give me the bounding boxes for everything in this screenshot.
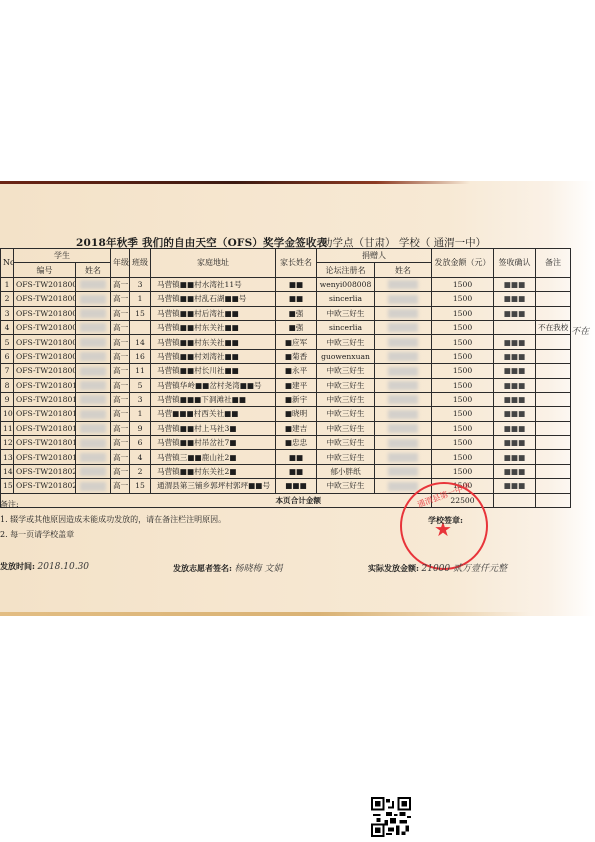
row-address: 马营镇■■■下洞滩社■■ (151, 392, 276, 406)
row-amount: 1500 (432, 349, 494, 363)
table-row: 1OFS-TW2018001高一3马营镇■■村水湾社11号■■wenyi0080… (1, 277, 571, 291)
row-address: 马营镇■■村水湾社11号 (151, 277, 276, 291)
row-donor-name-redacted (375, 364, 432, 378)
row-amount: 1500 (432, 320, 494, 334)
header-remarks: 备注 (536, 249, 571, 278)
row-signature: ■■■ (494, 450, 536, 464)
row-donor-forum: 郁小胖纸 (317, 464, 375, 478)
row-address: 马营镇■■村东关社2■ (151, 464, 276, 478)
row-parent: ■菊香 (276, 349, 317, 363)
row-signature: ■■■ (494, 364, 536, 378)
issue-date-value: 2018.10.30 (38, 562, 90, 572)
row-remark (536, 378, 571, 392)
photo-bottom-edge (0, 612, 530, 616)
table-row: 12OFS-TW2018018高一6马营镇■■村吊岔社7■■忠忠中欧三好生150… (1, 436, 571, 450)
row-class: 11 (130, 364, 151, 378)
row-remark (536, 421, 571, 435)
row-no: 13 (1, 450, 14, 464)
row-grade: 高一 (111, 392, 130, 406)
row-address: 马营镇■■村刘湾社■■ (151, 349, 276, 363)
actual-amount: 实际发放金额: 21000 贰万壹仟元整 (368, 561, 507, 574)
row-class: 3 (130, 277, 151, 291)
row-parent: ■■ (276, 292, 317, 306)
row-donor-name-redacted (375, 335, 432, 349)
row-class: 2 (130, 464, 151, 478)
row-parent: ■■ (276, 450, 317, 464)
row-parent: ■■■ (276, 479, 317, 493)
row-student-name-redacted (76, 436, 111, 450)
row-donor-name-redacted (375, 464, 432, 478)
row-donor-name-redacted (375, 407, 432, 421)
row-student-id: OFS-TW2018005 (14, 320, 76, 334)
row-signature: ■■■ (494, 436, 536, 450)
row-student-name-redacted (76, 378, 111, 392)
row-no: 8 (1, 378, 14, 392)
row-donor-forum: sincerlia (317, 292, 375, 306)
row-address: 马营镇■■村东关社■■ (151, 335, 276, 349)
row-no: 9 (1, 392, 14, 406)
header-parent: 家长姓名 (276, 249, 317, 278)
row-remark (536, 392, 571, 406)
school-sign-label: 学校签章: (428, 515, 463, 526)
row-signature: ■■■ (494, 378, 536, 392)
row-donor-name-redacted (375, 450, 432, 464)
row-no: 14 (1, 464, 14, 478)
issue-date: 发放时间: 2018.10.30 (0, 561, 89, 572)
row-donor-forum: 中欧三好生 (317, 421, 375, 435)
table-row: 14OFS-TW2018020高一2马营镇■■村东关社2■■■郁小胖纸1500■… (1, 464, 571, 478)
header-signature: 签收确认 (494, 249, 536, 278)
row-student-name-redacted (76, 464, 111, 478)
row-donor-forum: 中欧三好生 (317, 306, 375, 320)
row-grade: 高一 (111, 335, 130, 349)
row-address: 马营镇三■■鹿山社2■ (151, 450, 276, 464)
row-remark (536, 450, 571, 464)
row-address: 马营镇■■村吊岔社7■ (151, 436, 276, 450)
header-student-id: 编号 (14, 263, 76, 277)
row-no: 11 (1, 421, 14, 435)
issue-date-label: 发放时间: (0, 561, 35, 571)
table-row: 4OFS-TW2018005高一马营镇■■村东关社■■■强sincerlia15… (1, 320, 571, 334)
row-student-id: OFS-TW2018012 (14, 407, 76, 421)
row-donor-forum: 中欧三好生 (317, 392, 375, 406)
row-amount: 1500 (432, 450, 494, 464)
row-amount: 1500 (432, 464, 494, 478)
table-row: 2OFS-TW2018002高一1马营镇■■村乱石湖■■号■■sincerlia… (1, 292, 571, 306)
header-donor-name: 姓名 (375, 263, 432, 277)
row-remark: 不在我校 (536, 320, 571, 334)
row-grade: 高一 (111, 464, 130, 478)
row-no: 1 (1, 277, 14, 291)
row-donor-forum: sincerlia (317, 320, 375, 334)
row-remark (536, 464, 571, 478)
margin-note: 不在 (571, 324, 589, 337)
row-remark (536, 335, 571, 349)
row-amount: 1500 (432, 364, 494, 378)
row-student-name-redacted (76, 364, 111, 378)
row-amount: 1500 (432, 335, 494, 349)
row-parent: ■强 (276, 320, 317, 334)
row-class: 6 (130, 436, 151, 450)
table-row: 9OFS-TW2018011高一3马营镇■■■下洞滩社■■■新宇中欧三好生150… (1, 392, 571, 406)
row-student-name-redacted (76, 479, 111, 493)
row-student-name-redacted (76, 421, 111, 435)
row-parent: ■晓明 (276, 407, 317, 421)
row-remark (536, 349, 571, 363)
row-student-id: OFS-TW2018002 (14, 292, 76, 306)
header-donor-forum: 论坛注册名 (317, 263, 375, 277)
row-donor-forum: 中欧三好生 (317, 450, 375, 464)
row-signature: ■■■ (494, 306, 536, 320)
row-grade: 高一 (111, 277, 130, 291)
row-remark (536, 364, 571, 378)
table-row: 7OFS-TW2018008高一11马营镇■■村长川社■■■永平中欧三好生150… (1, 364, 571, 378)
row-address: 马营镇■■村上马社3■ (151, 421, 276, 435)
row-student-id: OFS-TW2018011 (14, 392, 76, 406)
row-student-id: OFS-TW2018015 (14, 421, 76, 435)
row-amount: 1500 (432, 421, 494, 435)
row-donor-name-redacted (375, 320, 432, 334)
row-parent: ■永平 (276, 364, 317, 378)
row-remark (536, 407, 571, 421)
row-address: 马营镇■■村长川社■■ (151, 364, 276, 378)
table-row: 13OFS-TW2018019高一4马营镇三■■鹿山社2■■■中欧三好生1500… (1, 450, 571, 464)
row-parent: ■建吉 (276, 421, 317, 435)
row-address: 马营镇华岭■■岔村尧湾■■号 (151, 378, 276, 392)
header-amount: 发放金额（元） (432, 249, 494, 278)
row-grade: 高一 (111, 292, 130, 306)
row-amount: 1500 (432, 378, 494, 392)
row-parent: ■忠忠 (276, 436, 317, 450)
row-signature: ■■■ (494, 277, 536, 291)
row-student-name-redacted (76, 335, 111, 349)
header-student: 学生 (14, 249, 111, 263)
header-student-name: 姓名 (76, 263, 111, 277)
row-parent: ■强 (276, 306, 317, 320)
row-address: 通渭县第三铺乡郭坪村郭坪■■号 (151, 479, 276, 493)
row-remark (536, 436, 571, 450)
row-class: 1 (130, 407, 151, 421)
row-grade: 高一 (111, 421, 130, 435)
row-grade: 高一 (111, 349, 130, 363)
row-class: 5 (130, 378, 151, 392)
actual-amount-value: 21000 贰万壹仟元整 (422, 564, 508, 574)
row-amount: 1500 (432, 306, 494, 320)
row-student-id: OFS-TW2018006 (14, 335, 76, 349)
row-donor-forum: 中欧三好生 (317, 479, 375, 493)
row-student-name-redacted (76, 292, 111, 306)
scholarship-table: No. 学生 年级 班级 家庭地址 家长姓名 捐赠人 发放金额（元） 签收确认 … (0, 248, 571, 508)
table-row: 5OFS-TW2018006高一14马营镇■■村东关社■■■应军中欧三好生150… (1, 335, 571, 349)
row-student-name-redacted (76, 407, 111, 421)
row-no: 6 (1, 349, 14, 363)
row-donor-forum: 中欧三好生 (317, 364, 375, 378)
table-row: 6OFS-TW2018007高一16马营镇■■村刘湾社■■■菊香guowenxu… (1, 349, 571, 363)
row-student-name-redacted (76, 306, 111, 320)
row-grade: 高一 (111, 364, 130, 378)
row-no: 7 (1, 364, 14, 378)
table-row: 8OFS-TW2018010高一5马营镇华岭■■岔村尧湾■■号■建平中欧三好生1… (1, 378, 571, 392)
row-student-id: OFS-TW2018018 (14, 436, 76, 450)
row-donor-name-redacted (375, 277, 432, 291)
row-parent: ■■ (276, 277, 317, 291)
row-remark (536, 277, 571, 291)
row-donor-name-redacted (375, 436, 432, 450)
row-no: 15 (1, 479, 14, 493)
row-address: 马营镇■■村东关社■■ (151, 320, 276, 334)
table-row: 3OFS-TW2018003高一15马营镇■■村后湾社■■■强中欧三好生1500… (1, 306, 571, 320)
row-grade: 高一 (111, 306, 130, 320)
row-amount: 1500 (432, 392, 494, 406)
remarks-item-2: 2. 每一页请学校盖章 (0, 527, 226, 542)
row-donor-name-redacted (375, 421, 432, 435)
header-donor: 捐赠人 (317, 249, 432, 263)
row-grade: 高一 (111, 320, 130, 334)
row-remark (536, 292, 571, 306)
row-donor-forum: 中欧三好生 (317, 407, 375, 421)
row-signature: ■■■ (494, 292, 536, 306)
row-grade: 高一 (111, 436, 130, 450)
row-no: 3 (1, 306, 14, 320)
row-grade: 高一 (111, 407, 130, 421)
row-amount: 1500 (432, 436, 494, 450)
row-student-name-redacted (76, 392, 111, 406)
row-grade: 高一 (111, 479, 130, 493)
qr-code-icon (371, 797, 411, 837)
row-donor-name-redacted (375, 292, 432, 306)
row-student-id: OFS-TW2018001 (14, 277, 76, 291)
row-amount: 1500 (432, 407, 494, 421)
row-parent: ■建平 (276, 378, 317, 392)
row-donor-forum: 中欧三好生 (317, 436, 375, 450)
row-donor-forum: 中欧三好生 (317, 335, 375, 349)
row-class: 9 (130, 421, 151, 435)
remarks-section: 备注: 1. 辍学或其他原因造成未能成功发放的，请在备注栏注明原因。 2. 每一… (0, 497, 226, 542)
row-address: 马营镇■■村乱石湖■■号 (151, 292, 276, 306)
volunteer-sig-value: 杨晓梅 文娟 (235, 564, 283, 574)
row-student-id: OFS-TW2018007 (14, 349, 76, 363)
actual-amount-label: 实际发放金额: (368, 563, 419, 573)
row-class: 3 (130, 392, 151, 406)
row-donor-forum: guowenxuan (317, 349, 375, 363)
header-no: No. (1, 249, 14, 278)
row-student-name-redacted (76, 277, 111, 291)
table-row: 11OFS-TW2018015高一9马营镇■■村上马社3■■建吉中欧三好生150… (1, 421, 571, 435)
header-class: 班级 (130, 249, 151, 278)
volunteer-label: 发放志愿者签名: (173, 563, 232, 573)
row-grade: 高一 (111, 378, 130, 392)
row-signature: ■■■ (494, 407, 536, 421)
row-no: 4 (1, 320, 14, 334)
row-parent: ■新宇 (276, 392, 317, 406)
row-class: 1 (130, 292, 151, 306)
row-grade: 高一 (111, 450, 130, 464)
row-parent: ■■ (276, 464, 317, 478)
table-row: 10OFS-TW2018012高一1马营■■■村西关社■■■晓明中欧三好生150… (1, 407, 571, 421)
row-class (130, 320, 151, 334)
row-class: 14 (130, 335, 151, 349)
row-donor-forum: wenyi008008 (317, 277, 375, 291)
row-amount: 1500 (432, 277, 494, 291)
row-donor-name-redacted (375, 392, 432, 406)
row-no: 12 (1, 436, 14, 450)
row-donor-name-redacted (375, 378, 432, 392)
header-address: 家庭地址 (151, 249, 276, 278)
row-donor-name-redacted (375, 349, 432, 363)
row-signature: ■■■ (494, 349, 536, 363)
row-address: 马营镇■■村后湾社■■ (151, 306, 276, 320)
row-student-name-redacted (76, 450, 111, 464)
row-class: 15 (130, 479, 151, 493)
row-donor-forum: 中欧三好生 (317, 378, 375, 392)
row-student-id: OFS-TW2018010 (14, 378, 76, 392)
row-no: 10 (1, 407, 14, 421)
header-grade: 年级 (111, 249, 130, 278)
remarks-heading: 备注: (0, 497, 226, 512)
volunteer-signature: 发放志愿者签名: 杨晓梅 文娟 (173, 561, 282, 574)
row-address: 马营■■■村西关社■■ (151, 407, 276, 421)
school-seal: 通渭县第一中学 ★ (400, 482, 488, 570)
photo-top-edge (0, 181, 470, 184)
row-student-name-redacted (76, 349, 111, 363)
row-student-id: OFS-TW2018020 (14, 464, 76, 478)
row-class: 4 (130, 450, 151, 464)
row-class: 16 (130, 349, 151, 363)
row-signature: ■■■ (494, 335, 536, 349)
row-donor-name-redacted (375, 306, 432, 320)
row-no: 5 (1, 335, 14, 349)
row-student-id: OFS-TW2018003 (14, 306, 76, 320)
row-remark (536, 479, 571, 493)
row-parent: ■应军 (276, 335, 317, 349)
row-student-id: OFS-TW2018021 (14, 479, 76, 493)
row-remark (536, 306, 571, 320)
row-class: 15 (130, 306, 151, 320)
remarks-item-1: 1. 辍学或其他原因造成未能成功发放的，请在备注栏注明原因。 (0, 512, 226, 527)
row-no: 2 (1, 292, 14, 306)
row-signature: ■■■ (494, 392, 536, 406)
row-signature: ■■■ (494, 479, 536, 493)
row-signature: ■■■ (494, 464, 536, 478)
row-student-name-redacted (76, 320, 111, 334)
row-signature: ■■■ (494, 421, 536, 435)
row-student-id: OFS-TW2018019 (14, 450, 76, 464)
row-student-id: OFS-TW2018008 (14, 364, 76, 378)
row-amount: 1500 (432, 292, 494, 306)
table-row: 15OFS-TW2018021高一15通渭县第三铺乡郭坪村郭坪■■号■■■中欧三… (1, 479, 571, 493)
row-signature (494, 320, 536, 334)
